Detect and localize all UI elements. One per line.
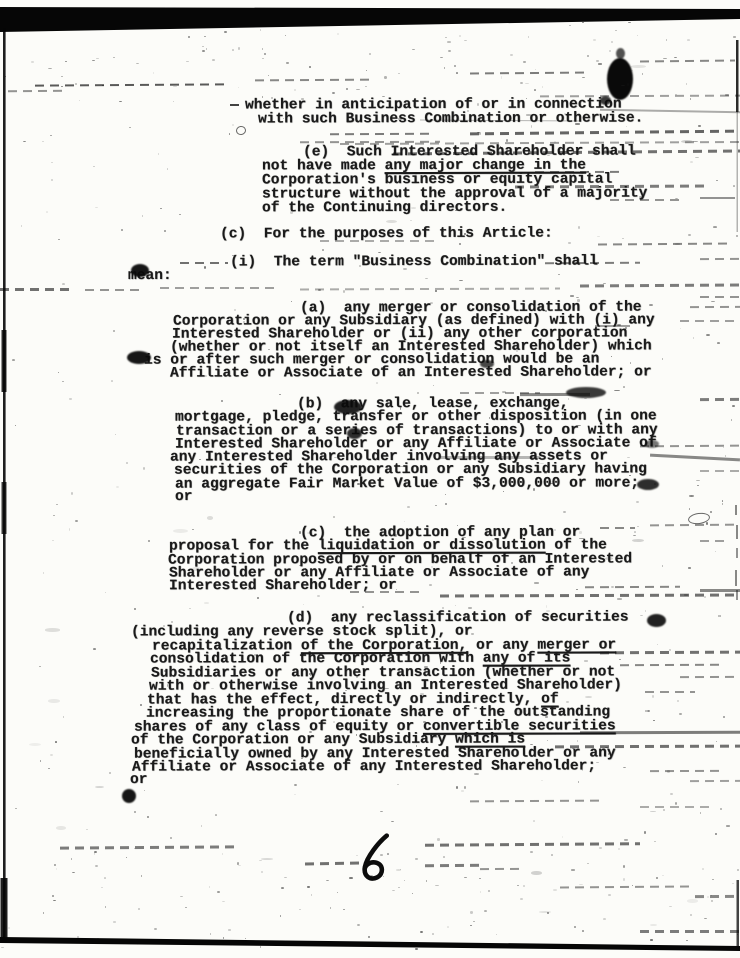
noise-speck [291, 301, 292, 302]
noise-speck [113, 921, 116, 922]
noise-speck [435, 505, 437, 506]
noise-speck [597, 236, 600, 237]
noise-speck [545, 716, 547, 718]
noise-speck [1, 947, 3, 948]
noise-speck [533, 820, 535, 822]
noise-speck [663, 58, 666, 60]
noise-speck [737, 869, 739, 872]
noise-speck [723, 447, 724, 448]
noise-speck [5, 76, 6, 77]
noise-speck [192, 567, 202, 570]
noise-speck [723, 716, 725, 718]
noise-speck [445, 503, 447, 505]
noise-speck [474, 773, 479, 775]
noise-speck [228, 929, 231, 930]
noise-speck [445, 494, 446, 495]
noise-speck [304, 628, 307, 630]
noise-speck [238, 87, 240, 88]
noise-speck [65, 61, 67, 63]
noise-speck [45, 628, 60, 631]
noise-speck [463, 449, 466, 451]
noise-speck [662, 565, 663, 568]
noise-speck [625, 327, 627, 329]
noise-speck [570, 295, 574, 296]
noise-speck [677, 700, 678, 702]
noise-speck [531, 871, 542, 875]
noise-speck [234, 332, 236, 333]
noise-speck [371, 763, 372, 764]
noise-speck [397, 404, 398, 406]
noise-speck [398, 73, 400, 74]
noise-speck [170, 837, 172, 838]
noise-speck [391, 821, 395, 823]
noise-speck [333, 721, 335, 723]
noise-speck [502, 391, 506, 393]
noise-speck [679, 713, 682, 715]
noise-speck [711, 301, 715, 302]
noise-speck [631, 315, 633, 318]
noise-speck [309, 66, 311, 68]
noise-speck [614, 390, 619, 392]
noise-speck [443, 856, 445, 858]
noise-speck [203, 944, 206, 945]
noise-speck [459, 243, 461, 245]
noise-speck [186, 61, 189, 62]
noise-speck [501, 76, 503, 78]
noise-speck [62, 381, 64, 382]
noise-speck [470, 925, 473, 926]
noise-speck [420, 693, 425, 695]
noise-speck [237, 483, 238, 485]
noise-speck [261, 871, 263, 873]
noise-speck [628, 22, 631, 24]
noise-speck [121, 229, 123, 232]
noise-speck [627, 83, 629, 85]
noise-speck [708, 948, 711, 951]
noise-speck [447, 41, 450, 43]
noise-speck [58, 239, 61, 241]
noise-speck [40, 760, 42, 761]
noise-speck [356, 676, 358, 678]
noise-speck [15, 425, 16, 426]
noise-speck [605, 747, 608, 748]
noise-speck [345, 690, 348, 691]
noise-speck [559, 453, 564, 455]
noise-speck [88, 26, 90, 28]
noise-speck [424, 666, 428, 668]
noise-speck [423, 721, 426, 723]
noise-speck [572, 748, 575, 749]
noise-speck [551, 854, 553, 856]
noise-speck [575, 123, 580, 124]
noise-speck [582, 769, 583, 771]
noise-speck [50, 135, 52, 136]
noise-speck [8, 927, 10, 930]
noise-speck [48, 699, 60, 703]
noise-speck [459, 280, 462, 281]
noise-speck [382, 96, 385, 97]
noise-speck [48, 768, 50, 769]
noise-speck [609, 50, 611, 51]
noise-speck [43, 572, 45, 574]
noise-speck [356, 89, 360, 90]
noise-speck [534, 89, 536, 91]
noise-speck [464, 40, 467, 41]
noise-speck [725, 455, 726, 457]
noise-speck [380, 550, 381, 552]
noise-speck [204, 602, 209, 604]
noise-speck [177, 327, 179, 329]
noise-speck [706, 522, 709, 524]
noise-speck [517, 885, 519, 886]
noise-speck [397, 359, 399, 361]
noise-speck [564, 113, 566, 115]
noise-speck [234, 309, 236, 310]
noise-speck [491, 16, 493, 17]
noise-speck [148, 939, 151, 941]
noise-speck [335, 632, 336, 634]
noise-speck [695, 157, 699, 158]
noise-speck [407, 506, 410, 508]
noise-speck [50, 754, 53, 756]
noise-speck [105, 592, 106, 593]
noise-speck [492, 539, 494, 540]
noise-speck [629, 475, 631, 477]
noise-speck [656, 877, 658, 879]
noise-speck [299, 909, 301, 910]
noise-speck [617, 324, 621, 326]
noise-speck [142, 215, 143, 217]
noise-speck [584, 398, 587, 399]
noise-speck [582, 930, 584, 932]
noise-speck [528, 17, 530, 19]
noise-speck [403, 268, 407, 270]
noise-speck [357, 483, 359, 485]
document-page: whether in anticipation of or in connect… [0, 0, 740, 958]
noise-speck [69, 528, 70, 530]
noise-speck [662, 358, 664, 359]
noise-speck [510, 54, 513, 57]
noise-speck [645, 610, 646, 611]
noise-speck [357, 924, 359, 926]
noise-speck [626, 126, 627, 127]
noise-speck [455, 605, 456, 606]
noise-speck [627, 457, 630, 459]
noise-speck [115, 434, 117, 435]
noise-speck [235, 749, 238, 751]
noise-speck [410, 220, 412, 222]
noise-speck [540, 714, 542, 715]
noise-speck [699, 17, 701, 19]
noise-speck [195, 680, 197, 681]
noise-speck [294, 794, 295, 795]
page-number: 6 [356, 834, 394, 882]
noise-speck [378, 252, 381, 253]
noise-speck [434, 736, 438, 738]
noise-speck [147, 816, 149, 818]
noise-speck [126, 462, 128, 463]
noise-speck [576, 425, 581, 426]
noise-speck [362, 606, 364, 608]
noise-speck [158, 153, 159, 155]
noise-speck [630, 362, 632, 364]
noise-speck [623, 865, 626, 867]
noise-speck [523, 885, 525, 887]
noise-speck [369, 100, 371, 101]
noise-speck [262, 96, 263, 98]
noise-speck [496, 934, 497, 936]
noise-speck [384, 76, 387, 78]
noise-speck [232, 49, 234, 51]
noise-speck [43, 912, 44, 914]
noise-speck [333, 516, 335, 517]
noise-speck [582, 77, 584, 78]
noise-speck [381, 367, 384, 369]
noise-speck [528, 615, 530, 616]
noise-speck [201, 825, 202, 827]
noise-speck [702, 868, 704, 870]
noise-speck [637, 526, 639, 527]
noise-speck [210, 933, 211, 935]
noise-speck [554, 529, 556, 531]
noise-speck [722, 500, 723, 502]
noise-speck [440, 661, 441, 663]
noise-speck [222, 853, 223, 854]
noise-speck [684, 594, 688, 595]
noise-speck [713, 226, 717, 228]
noise-speck [545, 310, 547, 312]
noise-speck [477, 103, 479, 105]
noise-speck [577, 299, 580, 301]
noise-speck [53, 900, 56, 901]
noise-speck [202, 46, 205, 47]
noise-speck [640, 615, 643, 616]
noise-speck [579, 538, 584, 539]
noise-speck [224, 31, 227, 33]
noise-speck [622, 238, 623, 239]
noise-speck [398, 118, 401, 120]
noise-speck [437, 483, 439, 485]
noise-speck [163, 625, 165, 627]
noise-speck [217, 891, 219, 893]
noise-speck [462, 537, 466, 538]
noise-speck [442, 231, 443, 232]
noise-speck [318, 289, 321, 291]
noise-speck [153, 72, 155, 74]
noise-speck [623, 878, 625, 880]
noise-speck [573, 675, 575, 676]
noise-speck [455, 405, 457, 406]
noise-speck [141, 875, 142, 877]
noise-speck [469, 308, 471, 309]
noise-speck [562, 836, 563, 839]
noise-speck [506, 315, 508, 316]
noise-speck [480, 891, 481, 893]
noise-speck [400, 466, 405, 468]
noise-speck [167, 684, 168, 686]
noise-speck [621, 85, 625, 87]
noise-speck [547, 155, 550, 156]
noise-speck [459, 35, 461, 37]
noise-speck [477, 132, 481, 133]
noise-speck [71, 492, 73, 494]
noise-speck [303, 604, 304, 605]
noise-speck [637, 35, 639, 36]
noise-speck [343, 613, 345, 615]
noise-speck [535, 69, 536, 70]
noise-speck [736, 235, 738, 237]
noise-speck [366, 70, 367, 71]
noise-speck [568, 242, 570, 243]
noise-speck [576, 589, 578, 590]
noise-speck [666, 39, 667, 41]
noise-speck [299, 565, 302, 567]
noise-speck [726, 825, 731, 826]
noise-speck [461, 790, 463, 791]
noise-speck [143, 467, 145, 470]
noise-speck [715, 551, 716, 552]
noise-speck [625, 143, 629, 144]
noise-speck [587, 55, 590, 56]
noise-speck [489, 417, 490, 419]
noise-speck [425, 278, 427, 279]
noise-speck [262, 58, 264, 59]
noise-speck [437, 838, 440, 840]
noise-speck [359, 265, 362, 266]
noise-speck [716, 180, 718, 181]
noise-speck [29, 743, 41, 746]
noise-speck [404, 880, 405, 881]
noise-speck [54, 864, 55, 866]
noise-speck [110, 29, 112, 30]
noise-speck [119, 101, 122, 102]
noise-speck [212, 59, 215, 61]
noise-speck [199, 459, 201, 460]
noise-speck [77, 936, 79, 937]
noise-speck [104, 877, 106, 879]
noise-speck [737, 934, 738, 935]
noise-speck [731, 419, 732, 421]
noise-speck [262, 48, 263, 50]
noise-speck [56, 826, 66, 830]
noise-speck [164, 670, 166, 672]
noise-speck [584, 660, 588, 661]
noise-speck [243, 318, 245, 320]
noise-speck [397, 100, 399, 102]
noise-speck [567, 147, 569, 149]
noise-speck [307, 532, 313, 534]
noise-speck [500, 146, 502, 147]
noise-speck [652, 695, 654, 698]
noise-speck [533, 405, 534, 406]
noise-speck [717, 342, 720, 344]
noise-speck [355, 711, 368, 714]
noise-speck [579, 884, 583, 886]
noise-speck [348, 617, 350, 618]
noise-speck [680, 328, 681, 330]
noise-speck [711, 895, 713, 896]
noise-speck [530, 851, 533, 853]
noise-speck [706, 334, 710, 336]
noise-speck [368, 936, 371, 938]
noise-speck [396, 589, 397, 590]
noise-speck [307, 886, 310, 887]
noise-speck [688, 234, 690, 236]
noise-speck [113, 330, 115, 332]
noise-speck [79, 100, 80, 101]
noise-speck [254, 654, 256, 656]
noise-speck [71, 858, 72, 860]
noise-speck [211, 688, 214, 689]
noise-speck [311, 894, 312, 896]
noise-speck [541, 780, 543, 781]
noise-speck [259, 860, 261, 861]
noise-speck [503, 491, 505, 492]
noise-speck [710, 511, 712, 513]
noise-speck [222, 901, 225, 902]
noise-speck [427, 708, 431, 710]
noise-speck [560, 557, 561, 558]
noise-speck [111, 380, 113, 382]
noise-speck [245, 938, 246, 940]
noise-speck [190, 469, 191, 471]
noise-speck [603, 918, 605, 920]
noise-speck [644, 831, 646, 833]
noise-speck [732, 405, 735, 407]
noise-speck [204, 375, 206, 377]
noise-speck [113, 57, 116, 58]
noise-speck [42, 141, 43, 142]
noise-speck [188, 36, 190, 38]
noise-speck [488, 890, 491, 891]
noise-speck [248, 588, 251, 591]
noise-speck [484, 910, 487, 912]
noise-speck [611, 586, 614, 588]
noise-speck [639, 196, 644, 198]
noise-speck [547, 740, 549, 741]
noise-speck [51, 179, 53, 182]
noise-speck [632, 885, 633, 886]
noise-speck [675, 198, 678, 199]
noise-speck [332, 92, 335, 94]
noise-speck [412, 893, 413, 894]
noise-speck [301, 98, 304, 99]
noise-speck [704, 596, 706, 598]
noise-speck [286, 62, 289, 63]
noise-speck [675, 94, 677, 95]
noise-speck [444, 67, 445, 69]
noise-speck [546, 610, 550, 612]
noise-speck [334, 457, 337, 458]
noise-speck [418, 312, 421, 313]
noise-speck [433, 385, 434, 386]
noise-speck [46, 211, 48, 213]
noise-speck [525, 83, 529, 85]
noise-speck [435, 885, 439, 887]
noise-speck [698, 125, 701, 126]
noise-speck [58, 372, 60, 373]
noise-speck [95, 207, 98, 208]
noise-speck [473, 921, 475, 922]
noise-speck [455, 210, 457, 211]
noise-speck [653, 720, 655, 721]
noise-speck [93, 648, 96, 650]
noise-speck [461, 161, 464, 163]
noise-speck [426, 880, 427, 882]
noise-speck [260, 29, 261, 31]
noise-speck [520, 898, 522, 900]
noise-speck [454, 65, 456, 67]
